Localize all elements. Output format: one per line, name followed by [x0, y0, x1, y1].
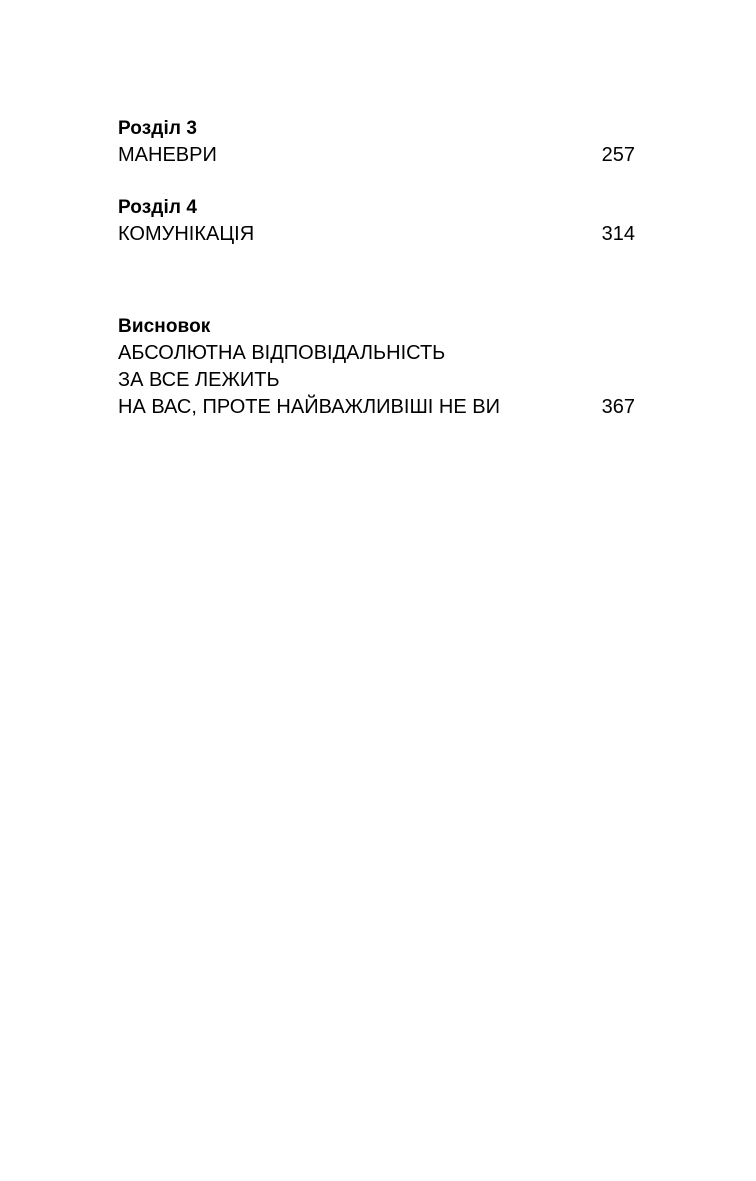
toc-entry-chapter-4[interactable]: Розділ 4 КОМУНІКАЦІЯ 314 — [118, 195, 635, 248]
toc-entry-conclusion[interactable]: Висновок АБСОЛЮТНА ВІДПОВІДАЛЬНІСТЬ ЗА В… — [118, 314, 635, 421]
chapter-label: Висновок — [118, 314, 635, 340]
chapter-title-line: АБСОЛЮТНА ВІДПОВІДАЛЬНІСТЬ — [118, 340, 500, 367]
chapter-title-row: КОМУНІКАЦІЯ 314 — [118, 221, 635, 248]
chapter-title-line: МАНЕВРИ — [118, 142, 217, 169]
toc-entry-chapter-3[interactable]: Розділ 3 МАНЕВРИ 257 — [118, 116, 635, 169]
chapter-label: Розділ 4 — [118, 195, 635, 221]
page-number: 367 — [602, 394, 635, 421]
chapter-title-line: КОМУНІКАЦІЯ — [118, 221, 254, 248]
chapter-title-row: АБСОЛЮТНА ВІДПОВІДАЛЬНІСТЬ ЗА ВСЕ ЛЕЖИТЬ… — [118, 340, 635, 421]
page-number: 314 — [602, 221, 635, 248]
chapter-title: КОМУНІКАЦІЯ — [118, 221, 254, 248]
chapter-title: АБСОЛЮТНА ВІДПОВІДАЛЬНІСТЬ ЗА ВСЕ ЛЕЖИТЬ… — [118, 340, 500, 421]
chapter-title: МАНЕВРИ — [118, 142, 217, 169]
page-number: 257 — [602, 142, 635, 169]
chapter-title-line: ЗА ВСЕ ЛЕЖИТЬ — [118, 367, 500, 394]
chapter-title-line: НА ВАС, ПРОТЕ НАЙВАЖЛИВІШІ НЕ ВИ — [118, 394, 500, 421]
table-of-contents-page: Розділ 3 МАНЕВРИ 257 Розділ 4 КОМУНІКАЦІ… — [0, 0, 756, 1181]
chapter-label: Розділ 3 — [118, 116, 635, 142]
chapter-title-row: МАНЕВРИ 257 — [118, 142, 635, 169]
